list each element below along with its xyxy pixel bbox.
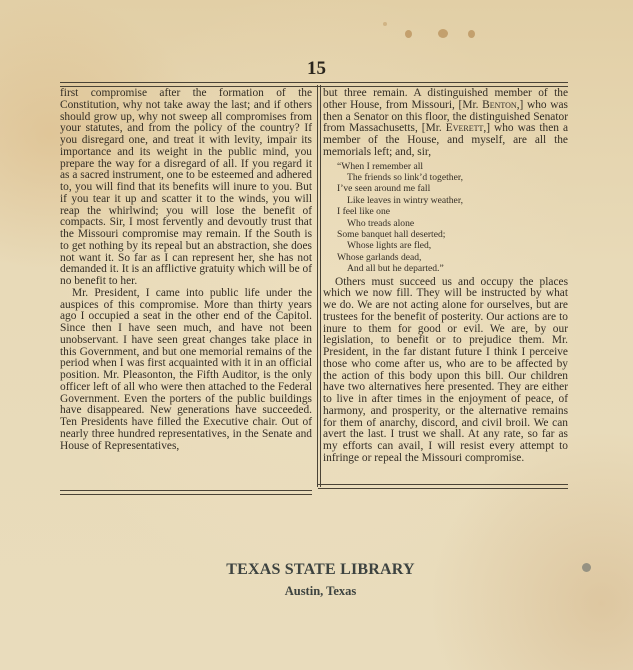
poem-line: Whose garlands dead,: [337, 252, 568, 263]
paragraph-intro: but three remain. A distinguished member…: [323, 88, 568, 159]
poem-line: Whose lights are fled,: [337, 240, 568, 251]
paper-stain: [383, 22, 387, 26]
column-divider: [317, 85, 321, 487]
poem-line: Like leaves in wintry weather,: [337, 195, 568, 206]
library-stamp-location: Austin, Texas: [4, 584, 633, 599]
poem-quote: “When I remember all The friends so link…: [337, 161, 568, 275]
poem-line: The friends so link’d together,: [337, 172, 568, 183]
paragraph: Mr. President, I came into public life u…: [60, 288, 312, 453]
poem-line: And all but he departed.”: [337, 263, 568, 274]
page-number: 15: [0, 58, 633, 80]
paper-stain: [405, 30, 412, 38]
poem-line: Some banquet hall deserted;: [337, 229, 568, 240]
senator-name-everett: Everett: [446, 122, 484, 134]
footer-rule-left: [60, 490, 312, 495]
poem-line: “When I remember all: [337, 161, 568, 172]
paragraph: first compromise after the formation of …: [60, 88, 312, 288]
right-column: but three remain. A distinguished member…: [323, 88, 568, 465]
paper-stain: [468, 30, 475, 38]
senator-name-benton: Benton: [482, 99, 517, 111]
paper-stain: [438, 29, 448, 38]
poem-line: Who treads alone: [337, 218, 568, 229]
paragraph: Others must succeed us and occupy the pl…: [323, 277, 568, 465]
poem-line: I’ve seen around me fall: [337, 183, 568, 194]
left-column: first compromise after the formation of …: [60, 88, 312, 452]
poem-line: I feel like one: [337, 206, 568, 217]
footer-rule-right: [318, 484, 568, 489]
library-stamp-title: TEXAS STATE LIBRARY: [4, 561, 633, 579]
